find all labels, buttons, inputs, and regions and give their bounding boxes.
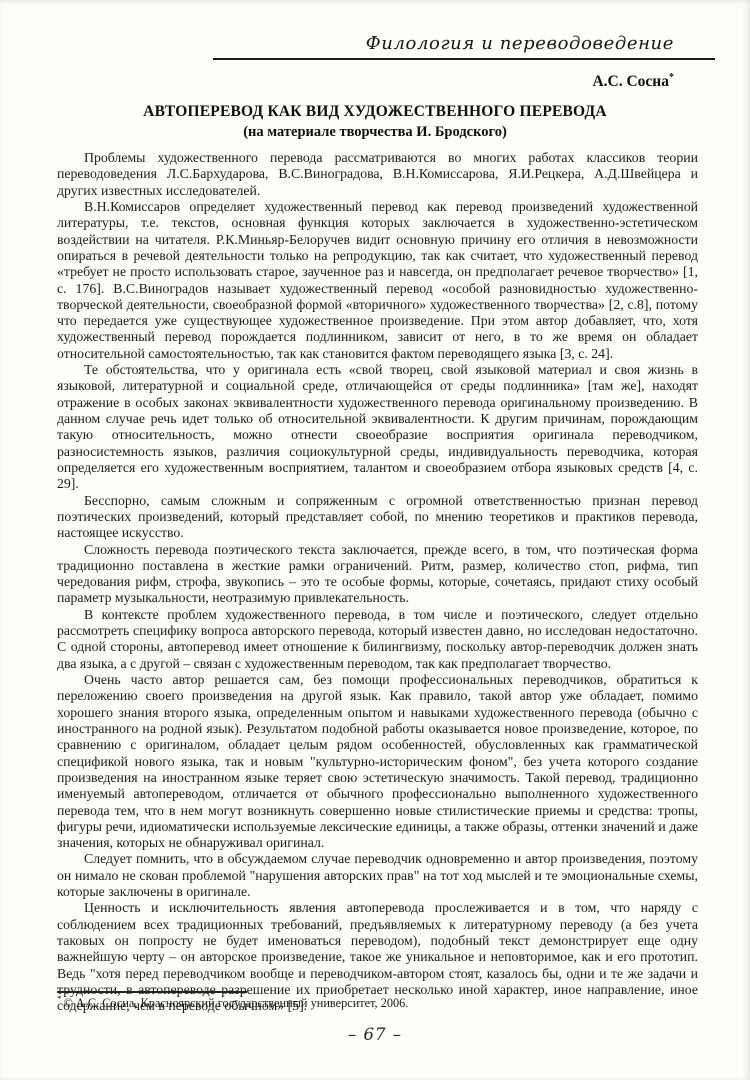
author-footnote-marker: * xyxy=(669,72,674,83)
footnote-text: © А.С. Сосна, Красноярский государственн… xyxy=(64,996,409,1010)
paragraph: В контексте проблем художественного пере… xyxy=(57,607,698,672)
footnote-marker: * xyxy=(57,994,62,1004)
article-body: Проблемы художественного перевода рассма… xyxy=(57,150,698,1015)
paragraph: Те обстоятельства, что у оригинала есть … xyxy=(57,362,698,493)
paragraph: В.Н.Комиссаров определяет художественный… xyxy=(57,199,698,362)
header-rule xyxy=(213,58,715,60)
author-name: А.С. Сосна xyxy=(592,73,669,90)
footnote-block: *© А.С. Сосна, Красноярский государствен… xyxy=(57,991,698,1011)
article-subtitle: (на материале творчества И. Бродского) xyxy=(40,124,710,141)
document-page: Филология и переводоведение А.С. Сосна* … xyxy=(0,0,750,1080)
footnote: *© А.С. Сосна, Красноярский государствен… xyxy=(57,996,698,1011)
footnote-rule xyxy=(57,991,247,993)
paragraph: Бесспорно, самым сложным и сопряженным с… xyxy=(57,493,698,542)
article-title: АВТОПЕРЕВОД КАК ВИД ХУДОЖЕСТВЕННОГО ПЕРЕ… xyxy=(40,103,710,121)
author-line: А.С. Сосна* xyxy=(0,73,674,91)
journal-section-header: Филология и переводоведение xyxy=(0,0,750,54)
page-number: – 67 – xyxy=(0,1025,750,1044)
paragraph: Очень часто автор решается сам, без помо… xyxy=(57,672,698,851)
paragraph: Следует помнить, что в обсуждаемом случа… xyxy=(57,851,698,900)
paragraph: Проблемы художественного перевода рассма… xyxy=(57,150,698,199)
paragraph: Сложность перевода поэтического текста з… xyxy=(57,542,698,607)
